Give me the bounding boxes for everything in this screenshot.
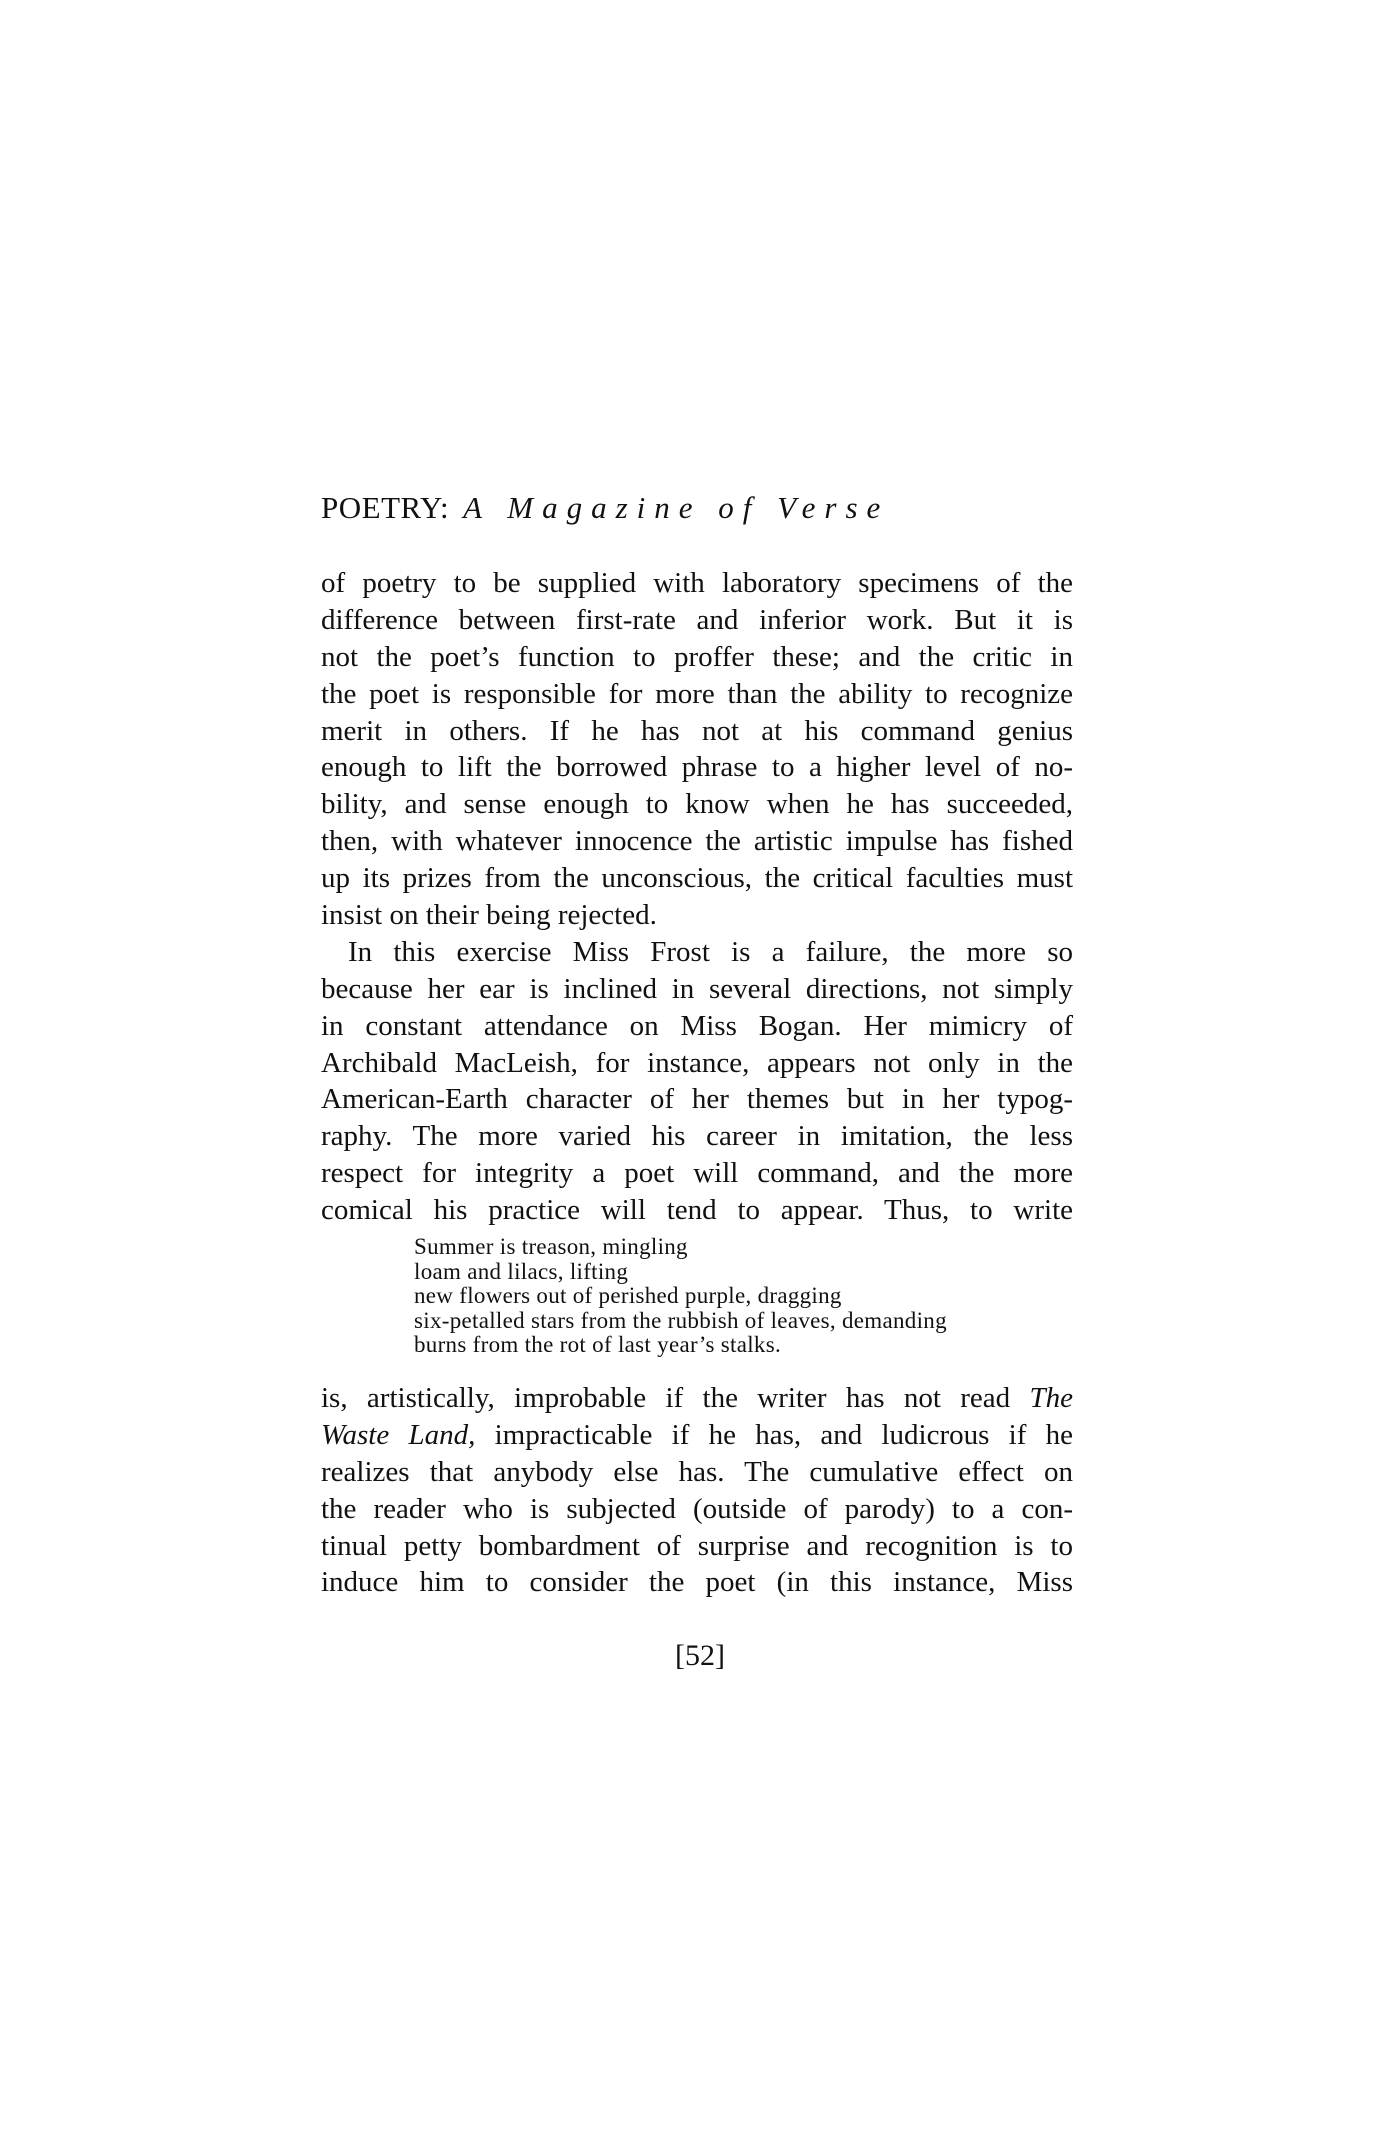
text-line: American-Earth character of her themes b… — [321, 1081, 1073, 1118]
title-reference: The — [1030, 1382, 1074, 1414]
page-number: [52] — [0, 1636, 1400, 1676]
text-line: insist on their being rejected. — [321, 897, 1073, 934]
text-line: raphy. The more varied his career in imi… — [321, 1118, 1073, 1155]
poem-line: loam and lilacs, lifting — [414, 1260, 947, 1285]
text-line: Archibald MacLeish, for instance, appear… — [321, 1045, 1073, 1082]
text-line: In this exercise Miss Frost is a failure… — [321, 934, 1073, 971]
text-line: merit in others. If he has not at his co… — [321, 713, 1073, 750]
text-line: of poetry to be supplied with laboratory… — [321, 565, 1073, 602]
text-line: because her ear is inclined in several d… — [321, 971, 1073, 1008]
poem-line: six-petalled stars from the rubbish of l… — [414, 1309, 947, 1334]
poem-line: Summer is treason, mingling — [414, 1235, 947, 1260]
text-line: enough to lift the borrowed phrase to a … — [321, 749, 1073, 786]
paragraph-miss-frost: In this exercise Miss Frost is a failure… — [321, 934, 1073, 1229]
text-line: bility, and sense enough to know when he… — [321, 786, 1073, 823]
running-head: POETRY:A Magazine of Verse — [321, 488, 889, 528]
quoted-poem: Summer is treason, mingling loam and lil… — [414, 1235, 947, 1358]
text-run: is, artistically, improbable if the writ… — [321, 1382, 1030, 1414]
text-line: then, with whatever innocence the artist… — [321, 823, 1073, 860]
text-line: up its prizes from the unconscious, the … — [321, 860, 1073, 897]
text-line: the reader who is subjected (outside of … — [321, 1491, 1073, 1528]
title-reference: Waste Land, — [321, 1419, 475, 1451]
document-page: POETRY:A Magazine of Verse of poetry to … — [0, 0, 1400, 2154]
text-line: comical his practice will tend to appear… — [321, 1192, 1073, 1229]
text-line: in constant attendance on Miss Bogan. He… — [321, 1008, 1073, 1045]
text-run: impracticable if he has, and ludicrous i… — [475, 1419, 1073, 1451]
paragraph-continued: of poetry to be supplied with laboratory… — [321, 565, 1073, 934]
poem-line: new flowers out of perished purple, drag… — [414, 1284, 947, 1309]
journal-title: POETRY: — [321, 490, 449, 525]
body-text-upper: of poetry to be supplied with laboratory… — [321, 565, 1073, 1229]
text-line: not the poet’s function to proffer these… — [321, 639, 1073, 676]
text-line: difference between first-rate and inferi… — [321, 602, 1073, 639]
text-line: the poet is responsible for more than th… — [321, 676, 1073, 713]
body-text-lower: is, artistically, improbable if the writ… — [321, 1380, 1073, 1601]
text-line: is, artistically, improbable if the writ… — [321, 1380, 1073, 1417]
journal-subtitle: A Magazine of Verse — [463, 490, 889, 525]
text-line: induce him to consider the poet (in this… — [321, 1564, 1073, 1601]
text-line: respect for integrity a poet will comman… — [321, 1155, 1073, 1192]
text-line: tinual petty bombardment of surprise and… — [321, 1528, 1073, 1565]
poem-line: burns from the rot of last year’s stalks… — [414, 1333, 947, 1358]
text-line: realizes that anybody else has. The cumu… — [321, 1454, 1073, 1491]
text-line: Waste Land, impracticable if he has, and… — [321, 1417, 1073, 1454]
